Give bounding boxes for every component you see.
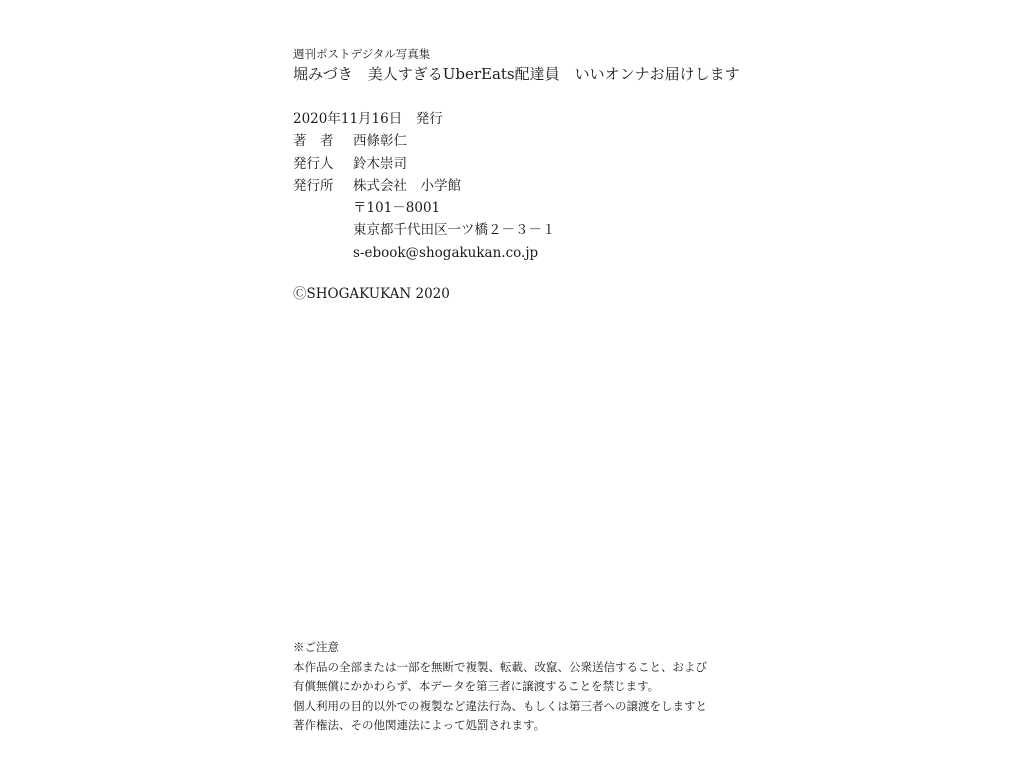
author-row: 著 者 西條彰仁 <box>293 130 556 152</box>
book-title: 堀みづき 美人すぎるUberEats配達員 いいオンナお届けします <box>293 63 740 85</box>
spacer <box>293 197 353 219</box>
publisher-row: 発行所 株式会社 小学館 <box>293 175 556 197</box>
publisher-label: 発行所 <box>293 175 353 197</box>
publisher-person-name: 鈴木崇司 <box>353 153 407 175</box>
publish-date: 2020年11月16日 発行 <box>293 108 556 130</box>
colophon-page: 週刊ポストデジタル写真集 堀みづき 美人すぎるUberEats配達員 いいオンナ… <box>0 0 1022 768</box>
postal-code: 〒101－8001 <box>353 197 440 219</box>
publisher-person-label: 発行人 <box>293 153 353 175</box>
notice-heading: ※ご注意 <box>293 638 707 658</box>
notice-line: 個人利用の目的以外での複製など違法行為、もしくは第三者への譲渡をしますと <box>293 697 707 717</box>
email: s-ebook@shogakukan.co.jp <box>353 242 538 264</box>
email-row: s-ebook@shogakukan.co.jp <box>293 242 556 264</box>
copyright: ⒸSHOGAKUKAN 2020 <box>293 283 450 305</box>
notice-line: 著作権法、その他関連法によって処罰されます。 <box>293 716 707 736</box>
author-name: 西條彰仁 <box>353 130 407 152</box>
address: 東京都千代田区一ツ橋２－３－１ <box>353 219 556 241</box>
spacer <box>293 219 353 241</box>
spacer <box>293 242 353 264</box>
notice-line: 本作品の全部または一部を無断で複製、転載、改竄、公衆送信すること、および <box>293 658 707 678</box>
address-row: 東京都千代田区一ツ橋２－３－１ <box>293 219 556 241</box>
colophon-block: 2020年11月16日 発行 著 者 西條彰仁 発行人 鈴木崇司 発行所 株式会… <box>293 108 556 264</box>
postal-row: 〒101－8001 <box>293 197 556 219</box>
publisher-person-row: 発行人 鈴木崇司 <box>293 153 556 175</box>
series-name: 週刊ポストデジタル写真集 <box>293 46 430 62</box>
publish-date-text: 2020年11月16日 発行 <box>293 108 443 130</box>
author-label: 著 者 <box>293 130 353 152</box>
notice-block: ※ご注意 本作品の全部または一部を無断で複製、転載、改竄、公衆送信すること、およ… <box>293 638 707 736</box>
notice-line: 有償無償にかかわらず、本データを第三者に譲渡することを禁じます。 <box>293 677 707 697</box>
publisher-name: 株式会社 小学館 <box>353 175 461 197</box>
